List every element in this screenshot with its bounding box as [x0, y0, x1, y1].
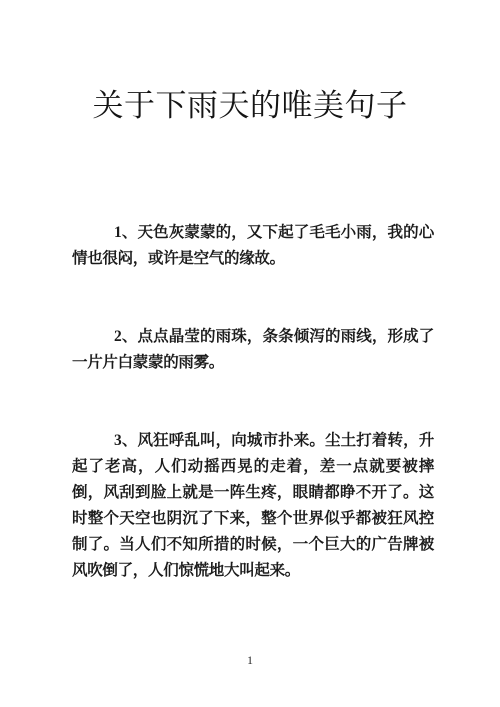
document-body: 1、天色灰蒙蒙的，又下起了毛毛小雨，我的心情也很闷，或许是空气的缘故。 2、点点… [72, 220, 434, 584]
paragraph-2: 2、点点晶莹的雨珠，条条倾泻的雨线，形成了一片片白蒙蒙的雨雾。 [72, 324, 434, 376]
paragraph-3: 3、风狂呼乱叫，向城市扑来。尘土打着转，升起了老高，人们动摇西晃的走着，差一点就… [72, 428, 434, 584]
page-number: 1 [0, 653, 500, 667]
document-page: 关于下雨天的唯美句子 1、天色灰蒙蒙的，又下起了毛毛小雨，我的心情也很闷，或许是… [0, 0, 500, 707]
document-title: 关于下雨天的唯美句子 [0, 84, 500, 128]
paragraph-1: 1、天色灰蒙蒙的，又下起了毛毛小雨，我的心情也很闷，或许是空气的缘故。 [72, 220, 434, 272]
